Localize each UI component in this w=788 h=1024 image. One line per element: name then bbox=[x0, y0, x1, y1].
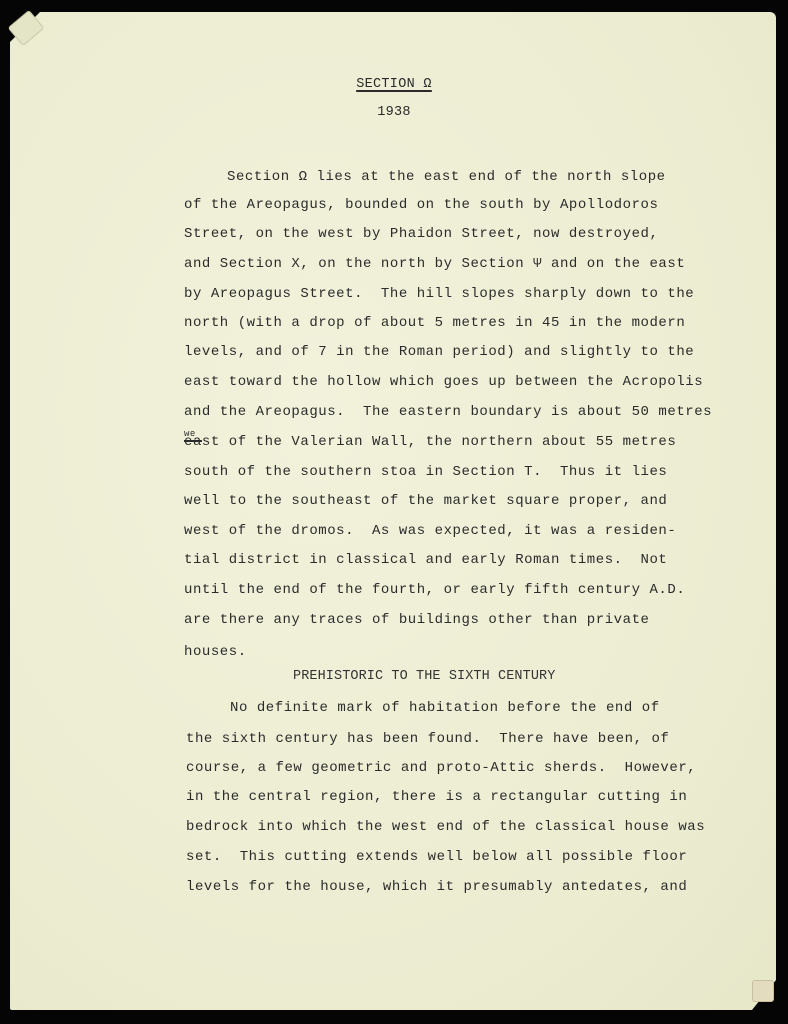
paragraph-1-line-2: of the Areopagus, bounded on the south b… bbox=[184, 196, 658, 214]
paragraph-1-line-3: Street, on the west by Phaidon Street, n… bbox=[184, 225, 658, 243]
folded-corner-flap-bottom-right bbox=[752, 980, 774, 1002]
paragraph-1-line-11: south of the southern stoa in Section T.… bbox=[184, 463, 667, 481]
paragraph-1-line-14: tial district in classical and early Rom… bbox=[184, 551, 667, 569]
paragraph-1-line-16: are there any traces of buildings other … bbox=[184, 611, 649, 629]
paragraph-1-line-12: well to the southeast of the market squa… bbox=[184, 492, 667, 510]
section-title: SECTION Ω bbox=[0, 77, 788, 92]
paragraph-2-line-5: bedrock into which the west end of the c… bbox=[186, 818, 705, 836]
section-title-text: SECTION Ω bbox=[356, 77, 432, 92]
paragraph-1-line-10-text: st of the Valerian Wall, the northern ab… bbox=[202, 434, 676, 450]
paragraph-2-line-6: set. This cutting extends well below all… bbox=[186, 848, 687, 866]
paragraph-2-line-2: the sixth century has been found. There … bbox=[186, 730, 669, 748]
section-year: 1938 bbox=[0, 105, 788, 120]
paragraph-2-line-3: course, a few geometric and proto-Attic … bbox=[186, 759, 696, 777]
typed-correction: weea bbox=[184, 433, 202, 451]
paragraph-1-line-7: levels, and of 7 in the Roman period) an… bbox=[184, 343, 694, 361]
paragraph-2-line-7: levels for the house, which it presumabl… bbox=[186, 878, 687, 896]
correction-inserted-text: we bbox=[184, 425, 196, 443]
paragraph-1-line-6: north (with a drop of about 5 metres in … bbox=[184, 314, 685, 332]
paragraph-1-line-10: weeast of the Valerian Wall, the norther… bbox=[184, 433, 676, 451]
paragraph-1-line-4: and Section X, on the north by Section Ψ… bbox=[184, 255, 685, 273]
paragraph-1-line-13: west of the dromos. As was expected, it … bbox=[184, 522, 676, 540]
paragraph-1-line-9: and the Areopagus. The eastern boundary … bbox=[184, 403, 712, 421]
paragraph-1-line-5: by Areopagus Street. The hill slopes sha… bbox=[184, 285, 694, 303]
paragraph-2-line-1: No definite mark of habitation before th… bbox=[230, 699, 660, 717]
paragraph-1-line-1: Section Ω lies at the east end of the no… bbox=[227, 168, 666, 186]
subheading-prehistoric: PREHISTORIC TO THE SIXTH CENTURY bbox=[293, 669, 555, 684]
paragraph-2-line-4: in the central region, there is a rectan… bbox=[186, 788, 687, 806]
paragraph-1-line-15: until the end of the fourth, or early fi… bbox=[184, 581, 685, 599]
paragraph-1-line-17: houses. bbox=[184, 643, 247, 661]
paragraph-1-line-8: east toward the hollow which goes up bet… bbox=[184, 373, 703, 391]
